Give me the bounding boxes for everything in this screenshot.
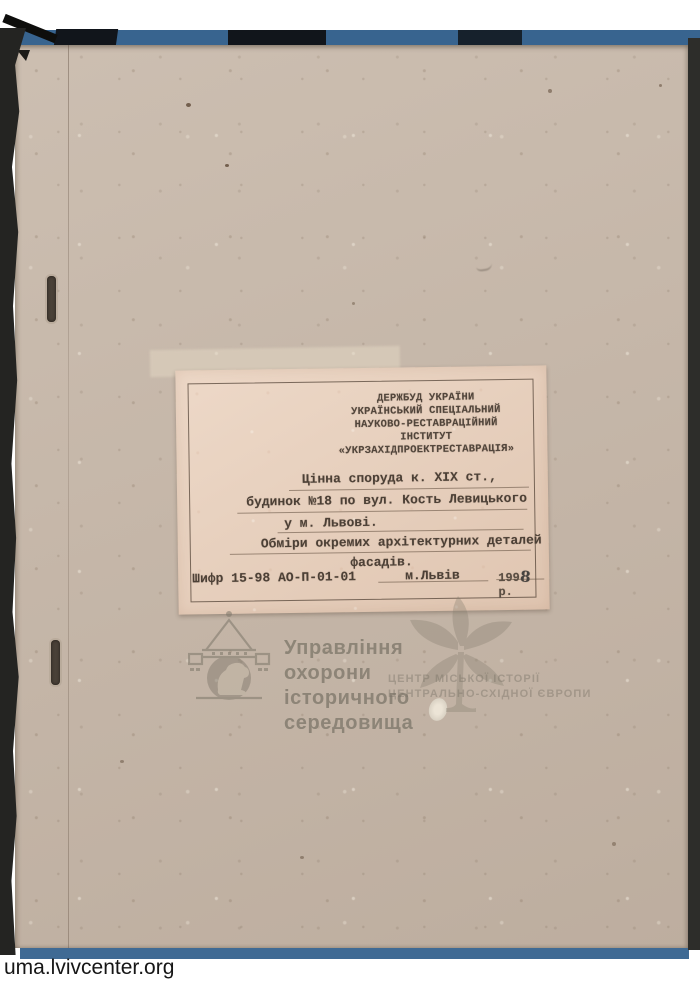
- scanned-folder-cover: ДЕРЖБУД УКРАЇНИ УКРАЇНСЬКИЙ СПЕЦІАЛЬНИЙ …: [0, 0, 700, 990]
- watermark-line: ЦЕНТРАЛЬНО-СХІДНОЇ ЄВРОПИ: [388, 687, 591, 702]
- place-name: м.Львів: [405, 568, 460, 584]
- speck: [120, 760, 124, 763]
- speck: [186, 103, 191, 107]
- scan-edge-right: [688, 38, 700, 950]
- speck: [300, 856, 304, 859]
- urban-history-watermark-text: ЦЕНТР МІСЬКОЇ ІСТОРІЇ ЦЕНТРАЛЬНО-СХІДНОЇ…: [388, 672, 591, 702]
- year-handwritten-digit: 8: [519, 567, 531, 586]
- speck: [659, 84, 662, 87]
- speck: [612, 842, 616, 846]
- speck: [352, 302, 355, 305]
- dark-patch: [458, 30, 522, 45]
- typed-title-label: ДЕРЖБУД УКРАЇНИ УКРАЇНСЬКИЙ СПЕЦІАЛЬНИЙ …: [175, 365, 549, 614]
- binding-staple: [51, 640, 60, 685]
- spine-crease: [68, 45, 69, 948]
- dark-patch: [54, 29, 118, 46]
- speck: [548, 89, 552, 93]
- archive-url-caption: uma.lvivcenter.org: [4, 956, 174, 980]
- speck: [225, 164, 229, 167]
- watermark-line: ЦЕНТР МІСЬКОЇ ІСТОРІЇ: [388, 672, 591, 687]
- binding-staple: [47, 276, 56, 322]
- institution-block: ДЕРЖБУД УКРАЇНИ УКРАЇНСЬКИЙ СПЕЦІАЛЬНИЙ …: [314, 391, 539, 459]
- year-typed: 199: [498, 571, 520, 585]
- cipher-code: Шифр 15-98 АО-П-01-01: [192, 569, 356, 586]
- heritage-office-emblem-icon: [188, 610, 280, 710]
